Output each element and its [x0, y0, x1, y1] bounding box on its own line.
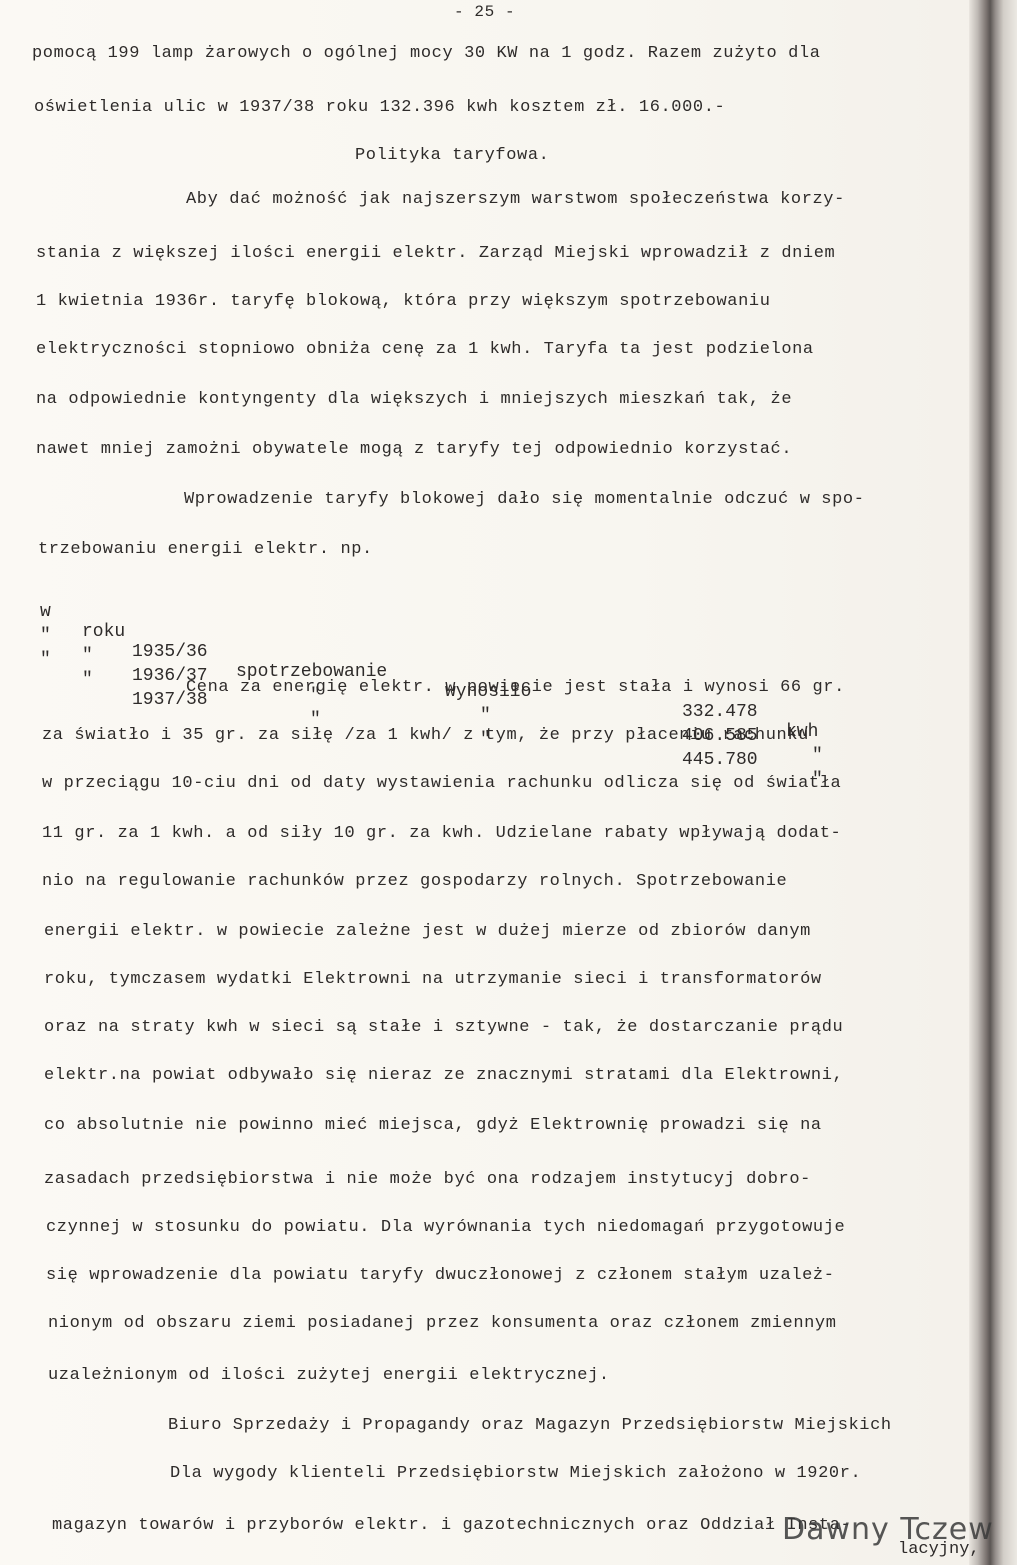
text-line: uzależnionym od ilości zużytej energii e…	[48, 1366, 610, 1386]
text-line: zasadach przedsiębiorstwa i nie może być…	[44, 1170, 811, 1190]
table-cell-unit: "	[812, 746, 823, 766]
section-heading: Polityka taryfowa.	[355, 146, 549, 166]
scanned-page: - 25 - pomocą 199 lamp żarowych o ogólne…	[0, 0, 1017, 1565]
text-line: roku, tymczasem wydatki Elektrowni na ut…	[44, 970, 822, 990]
text-line: nawet mniej zamożni obywatele mogą z tar…	[36, 440, 792, 460]
text-line: oraz na straty kwh w sieci są stałe i sz…	[44, 1018, 843, 1038]
text-line: nio na regulowanie rachunków przez gospo…	[42, 872, 787, 892]
text-line: stania z większej ilości energii elektr.…	[36, 244, 835, 264]
table-cell: "	[480, 706, 491, 726]
text-line: Aby dać możność jak najszerszym warstwom…	[186, 190, 845, 210]
text-line: 1 kwietnia 1936r. taryfę blokową, która …	[36, 292, 771, 312]
text-line: za światło i 35 gr. za siłę /za 1 kwh/ z…	[42, 726, 809, 746]
text-line: Dla wygody klienteli Przedsiębiorstw Mie…	[170, 1464, 861, 1484]
text-line: energii elektr. w powiecie zależne jest …	[44, 922, 811, 942]
text-line: oświetlenia ulic w 1937/38 roku 132.396 …	[34, 98, 725, 118]
table-cell-value: 445.780	[682, 750, 758, 770]
text-line: w przeciągu 10-ciu dni od daty wystawien…	[42, 774, 841, 794]
page-number: - 25 -	[454, 2, 515, 22]
text-line: się wprowadzenie dla powiatu taryfy dwuc…	[46, 1266, 835, 1286]
text-line: 11 gr. za 1 kwh. a od siły 10 gr. za kwh…	[42, 824, 841, 844]
text-line: nionym od obszaru ziemi posiadanej przez…	[48, 1314, 837, 1334]
text-line: elektr.na powiat odbywało się nieraz ze …	[44, 1066, 843, 1086]
text-line: co absolutnie nie powinno mieć miejsca, …	[44, 1116, 822, 1136]
watermark: Dawny Tczew	[782, 1512, 994, 1547]
text-line: elektryczności stopniowo obniża cenę za …	[36, 340, 814, 360]
text-line: Wprowadzenie taryfy blokowej dało się mo…	[184, 490, 865, 510]
table-cell: "	[40, 650, 51, 670]
text-line: magazyn towarów i przyborów elektr. i ga…	[52, 1516, 851, 1536]
text-line: Cena za energię elektr. w powiecie jest …	[186, 678, 845, 698]
table-cell-year: 1935/36	[132, 642, 208, 662]
subsection-heading: Biuro Sprzedaży i Propagandy oraz Magazy…	[168, 1416, 892, 1436]
text-line: na odpowiednie kontyngenty dla większych…	[36, 390, 792, 410]
text-line: trzebowaniu energii elektr. np.	[38, 540, 373, 560]
table-cell: "	[82, 670, 93, 690]
text-line: pomocą 199 lamp żarowych o ogólnej mocy …	[32, 44, 821, 64]
text-line: czynnej w stosunku do powiatu. Dla wyrów…	[46, 1218, 845, 1238]
book-spine-shadow	[969, 0, 1017, 1565]
table-cell-value: 332.478	[682, 702, 758, 722]
